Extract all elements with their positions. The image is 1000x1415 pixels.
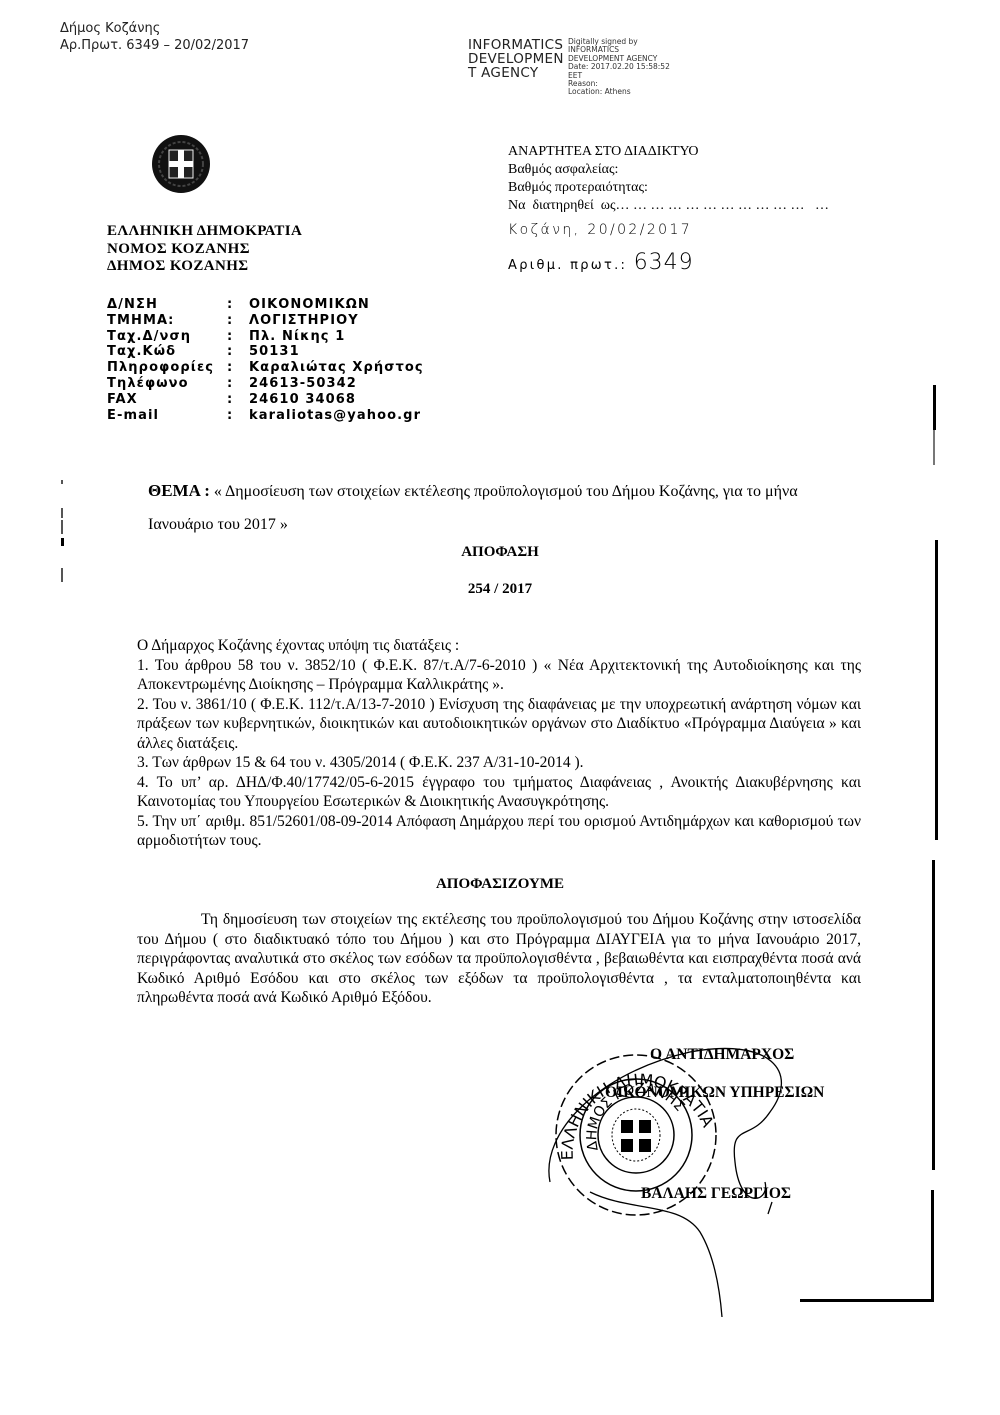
contact-value: 24613-50342 [249, 376, 357, 392]
contact-row: Πληροφορίες:Καραλιώτας Χρήστος [107, 360, 424, 376]
scan-margin-line [933, 385, 936, 430]
scan-margin-line [935, 540, 938, 840]
contact-row: Τηλέφωνο:24613-50342 [107, 376, 424, 392]
contact-key: Πληροφορίες [107, 360, 227, 376]
signer-line: INFORMATICS [468, 38, 564, 52]
org-line: ΔΗΜΟΣ ΚΟΖΑΝΗΣ [107, 258, 302, 276]
signatory-title-2: ΟΙΚΟΝΟΜΙΚΩΝ ΥΠΗΡΕΣΙΩΝ [605, 1084, 824, 1102]
resolution-title: ΑΠΟΦΑΣΙΖΟΥΜΕ [0, 876, 1000, 893]
scan-margin-line [931, 1190, 934, 1300]
posting-notice: ΑΝΑΡΤΗΤΕΑ ΣΤΟ ΔΙΑΔΙΚΤΥΟ [508, 143, 829, 161]
handwritten-signature [540, 1032, 860, 1322]
contact-key: Ταχ.Κώδ [107, 344, 227, 360]
signatory-name: ΒΑΛΑΗΣ ΓΕΩΡΓΙΟΣ [641, 1185, 791, 1203]
scan-mark [61, 480, 63, 484]
contact-key: E-mail [107, 408, 227, 424]
contact-value: Πλ. Νίκης 1 [249, 329, 345, 345]
contact-row: Δ/ΝΣΗ:ΟΙΚΟΝΟΜΙΚΩΝ [107, 297, 424, 313]
scan-mark [61, 520, 63, 534]
contact-key: Τηλέφωνο [107, 376, 227, 392]
contact-value: Καραλιώτας Χρήστος [249, 360, 424, 376]
contact-row: E-mail:karaliotas@yahoo.gr [107, 408, 424, 424]
provision-item: 5. Την υπ΄ αριθμ. 851/52601/08-09-2014 Α… [137, 812, 861, 851]
scan-margin-line [800, 1299, 934, 1302]
stamp-protocol: Αρ.Πρωτ. 6349 – 20/02/2017 [60, 37, 249, 54]
retention-note: Να διατηρηθεί ως… … … … … … … … … … … … [508, 197, 829, 215]
contact-key: Ταχ.Δ/νση [107, 329, 227, 345]
scan-mark [61, 568, 63, 582]
scan-margin-line [933, 430, 935, 465]
signer-line: DEVELOPMEN [468, 52, 564, 66]
greek-coat-of-arms-icon [150, 133, 212, 195]
place-date: Κοζάνη, 20/02/2017 [508, 222, 692, 238]
protocol-stamp: Δήμος Κοζάνης Αρ.Πρωτ. 6349 – 20/02/2017 [60, 20, 249, 54]
signature-detail: Location: Athens [568, 88, 670, 96]
organization-header: ΕΛΛΗΝΙΚΗ ΔΗΜΟΚΡΑΤΙΑ ΝΟΜΟΣ ΚΟΖΑΝΗΣ ΔΗΜΟΣ … [107, 223, 302, 276]
org-line: ΕΛΛΗΝΙΚΗ ΔΗΜΟΚΡΑΤΙΑ [107, 223, 302, 241]
protocol-number-row: Αριθμ. πρωτ.: 6349 [508, 250, 694, 275]
protocol-number-handwritten: 6349 [634, 250, 694, 275]
contact-value: ΛΟΓΙΣΤΗΡΙΟΥ [249, 313, 359, 329]
subject-label: ΘΕΜΑ : [148, 481, 210, 500]
subject: ΘΕΜΑ : « Δημοσίευση των στοιχείων εκτέλε… [148, 474, 838, 541]
contact-key: FAX [107, 392, 227, 408]
contact-row: ΤΜΗΜΑ::ΛΟΓΙΣΤΗΡΙΟΥ [107, 313, 424, 329]
contact-email[interactable]: karaliotas@yahoo.gr [249, 408, 421, 424]
contact-value: 50131 [249, 344, 300, 360]
signer-line: T AGENCY [468, 66, 564, 80]
signature-detail: Date: 2017.02.20 15:58:52 [568, 63, 670, 71]
signatory-title-1: Ο ΑΝΤΙΔΗΜΑΡΧΟΣ [650, 1046, 794, 1064]
scan-mark [61, 508, 63, 518]
provision-item: 4. Το υπ’ αρ. ΔΗΔ/Φ.40/17742/05-6-2015 έ… [137, 773, 861, 812]
protocol-label: Αριθμ. πρωτ.: [508, 258, 627, 273]
digital-signature-details: Digitally signed by INFORMATICS DEVELOPM… [568, 38, 670, 97]
contact-value: ΟΙΚΟΝΟΜΙΚΩΝ [249, 297, 370, 313]
org-line: ΝΟΜΟΣ ΚΟΖΑΝΗΣ [107, 241, 302, 259]
provision-item: 1. Του άρθρου 58 του ν. 3852/10 ( Φ.Ε.Κ.… [137, 656, 861, 695]
priority-level: Βαθμός προτεραιότητας: [508, 179, 829, 197]
contact-info-table: Δ/ΝΣΗ:ΟΙΚΟΝΟΜΙΚΩΝ ΤΜΗΜΑ::ΛΟΓΙΣΤΗΡΙΟΥ Ταχ… [107, 297, 424, 423]
provision-item: 3. Των άρθρων 15 & 64 του ν. 4305/2014 (… [137, 753, 861, 773]
digital-signature-signer: INFORMATICS DEVELOPMEN T AGENCY [468, 38, 564, 80]
provisions-block: Ο Δήμαρχος Κοζάνης έχοντας υπόψη τις δια… [137, 636, 861, 851]
posting-header: ΑΝΑΡΤΗΤΕΑ ΣΤΟ ΔΙΑΔΙΚΤΥΟ Βαθμός ασφαλείας… [508, 143, 829, 215]
scan-mark [61, 538, 64, 546]
decision-title: ΑΠΟΦΑΣΗ [0, 544, 1000, 561]
stamp-municipality: Δήμος Κοζάνης [60, 20, 249, 37]
provision-item: 2. Του ν. 3861/10 ( Φ.Ε.Κ. 112/τ.Α/13-7-… [137, 695, 861, 754]
subject-text: « Δημοσίευση των στοιχείων εκτέλεσης προ… [148, 483, 798, 533]
scan-margin-line [932, 860, 935, 1170]
contact-key: ΤΜΗΜΑ: [107, 313, 227, 329]
decision-number: 254 / 2017 [0, 581, 1000, 598]
contact-value: 24610 34068 [249, 392, 356, 408]
contact-row: FAX:24610 34068 [107, 392, 424, 408]
contact-row: Ταχ.Κώδ:50131 [107, 344, 424, 360]
preamble: Ο Δήμαρχος Κοζάνης έχοντας υπόψη τις δια… [137, 636, 861, 656]
contact-key: Δ/ΝΣΗ [107, 297, 227, 313]
security-level: Βαθμός ασφαλείας: [508, 161, 829, 179]
contact-row: Ταχ.Δ/νση:Πλ. Νίκης 1 [107, 329, 424, 345]
resolution-text: Τη δημοσίευση των στοιχείων της εκτέλεση… [137, 910, 861, 1008]
resolution-paragraph: Τη δημοσίευση των στοιχείων της εκτέλεση… [137, 910, 861, 1008]
